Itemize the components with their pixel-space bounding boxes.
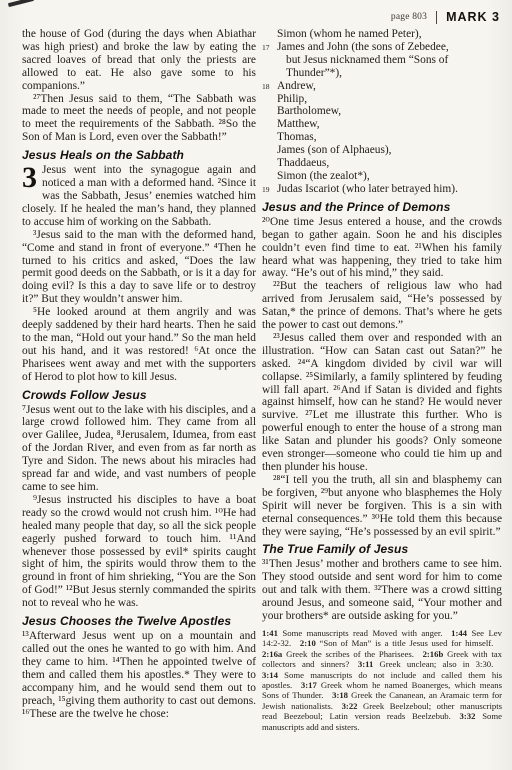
book-chapter-label: MARK 3 — [446, 11, 500, 24]
verse-paragraph-continuation: the house of God (during the days when A… — [22, 28, 256, 93]
verse-paragraph-23: ²³Jesus called them over and responded w… — [262, 332, 502, 474]
verse-number: 17 — [262, 41, 277, 54]
verse-number — [262, 118, 277, 131]
apostle-name: Matthew, — [277, 118, 320, 131]
apostle-name: James (son of Alphaeus), — [277, 144, 392, 157]
list-item: James (son of Alphaeus), — [262, 144, 502, 157]
footnote-ref: 1:41 — [262, 628, 278, 638]
apostle-name: Simon (the zealot*), — [277, 170, 370, 183]
two-column-layout: the house of God (during the days when A… — [0, 27, 512, 732]
verse-paragraph-5: ⁵He looked around at them angrily and wa… — [22, 306, 256, 383]
chapter-3-text: Jesus went into the synagogue again and … — [22, 164, 256, 228]
section-heading-crowds-follow: Crowds Follow Jesus — [22, 389, 256, 402]
verse-paragraph-27: ²⁷Then Jesus said to them, “The Sabbath … — [22, 93, 256, 145]
verse-number — [262, 28, 277, 41]
section-heading-true-family: The True Family of Jesus — [262, 543, 502, 556]
footnote-ref: 3:11 — [358, 659, 373, 669]
right-column: Simon (whom he named Peter),17James and … — [262, 28, 502, 732]
verse-paragraph-9: ⁹Jesus instructed his disciples to have … — [22, 494, 256, 610]
chapter-drop-cap: 3 — [22, 164, 42, 190]
header-divider — [436, 11, 437, 24]
footnote-ref: 1:44 — [451, 628, 467, 638]
list-item: Philip, — [262, 93, 502, 106]
apostle-name: Judas Iscariot (who later betrayed him). — [277, 183, 458, 196]
verse-number: 19 — [262, 183, 277, 196]
verse-paragraph-22: ²²But the teachers of religious law who … — [262, 280, 502, 332]
verse-paragraph-20: ²⁰One time Jesus entered a house, and th… — [262, 216, 502, 281]
footnote-ref: 3:14 — [262, 670, 278, 680]
apostle-name: Thunder”*), — [277, 67, 342, 80]
left-column: the house of God (during the days when A… — [22, 28, 256, 732]
verse-number: 18 — [262, 80, 277, 93]
verse-number — [262, 170, 277, 183]
page-number-label: page 803 — [391, 11, 427, 24]
apostle-name: Simon (whom he named Peter), — [277, 28, 422, 41]
list-item: Matthew, — [262, 118, 502, 131]
list-item: Thaddaeus, — [262, 157, 502, 170]
apostle-name: Bartholomew, — [277, 105, 341, 118]
list-item: Bartholomew, — [262, 105, 502, 118]
apostle-name: Philip, — [277, 93, 307, 106]
footnote-ref: 2:16b — [423, 649, 444, 659]
page-header: page 803 MARK 3 — [0, 0, 512, 27]
apostles-list: Simon (whom he named Peter),17James and … — [262, 28, 502, 196]
chapter-3-paragraph: 3Jesus went into the synagogue again and… — [22, 164, 256, 229]
list-item: Thunder”*), — [262, 67, 502, 80]
apostle-name: but Jesus nicknamed them “Sons of — [277, 54, 448, 67]
apostle-name: Thaddaeus, — [277, 157, 329, 170]
list-item: Thomas, — [262, 131, 502, 144]
footnote-ref: 2:16a — [262, 649, 282, 659]
footnote-ref: 3:32 — [460, 711, 476, 721]
list-item: Simon (whom he named Peter), — [262, 28, 502, 41]
verse-number — [262, 105, 277, 118]
verse-paragraph-3: ³Jesus said to the man with the deformed… — [22, 229, 256, 306]
list-item: Simon (the zealot*), — [262, 170, 502, 183]
section-heading-heals-sabbath: Jesus Heals on the Sabbath — [22, 149, 256, 162]
verse-number — [262, 93, 277, 106]
verse-number — [262, 54, 277, 67]
verse-number — [262, 67, 277, 80]
list-item: 18Andrew, — [262, 80, 502, 93]
verse-paragraph-13: ¹³Afterward Jesus went up on a mountain … — [22, 630, 256, 720]
footnote-ref: 3:17 — [301, 680, 317, 690]
footnote-ref: 3:18 — [332, 690, 348, 700]
footnote-ref: 3:22 — [342, 701, 358, 711]
verse-number — [262, 131, 277, 144]
list-item: but Jesus nicknamed them “Sons of — [262, 54, 502, 67]
list-item: 17James and John (the sons of Zebedee, — [262, 41, 502, 54]
verse-paragraph-7: ⁷Jesus went out to the lake with his dis… — [22, 404, 256, 494]
verse-number — [262, 157, 277, 170]
footnote-ref: 2:10 — [300, 638, 316, 648]
section-heading-prince-of-demons: Jesus and the Prince of Demons — [262, 201, 502, 214]
section-heading-twelve-apostles: Jesus Chooses the Twelve Apostles — [22, 615, 256, 628]
apostle-name: Andrew, — [277, 80, 316, 93]
verse-paragraph-28: ²⁸“I tell you the truth, all sin and bla… — [262, 474, 502, 539]
apostle-name: James and John (the sons of Zebedee, — [277, 41, 449, 54]
footnotes: 1:41 Some manuscripts read Moved with an… — [262, 628, 502, 732]
verse-number — [262, 144, 277, 157]
bible-page: page 803 MARK 3 the house of God (during… — [0, 0, 512, 770]
list-item: 19Judas Iscariot (who later betrayed him… — [262, 183, 502, 196]
apostle-name: Thomas, — [277, 131, 317, 144]
verse-paragraph-31: ³¹Then Jesus’ mother and brothers came t… — [262, 558, 502, 623]
